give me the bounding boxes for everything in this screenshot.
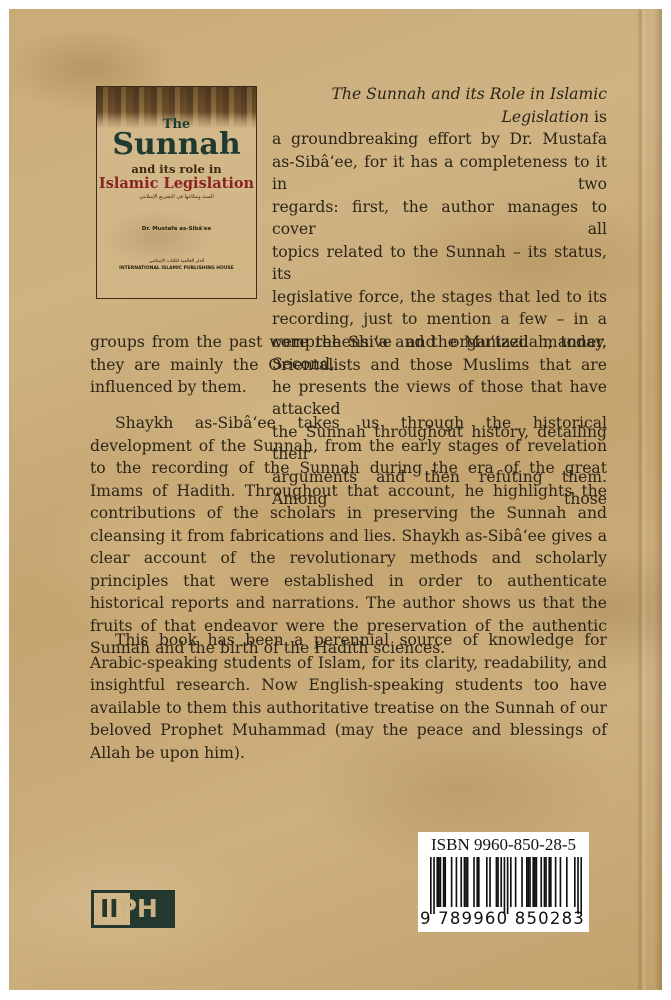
isbn-barcode-label: ISBN 9960-850-28-5 9 789960 850283 [418, 832, 589, 932]
iiph-logo: IIPH [91, 890, 175, 928]
cover-edge [654, 9, 662, 990]
cover-author: Dr. Mustafa as-Sibâ'ee [97, 226, 256, 232]
description-paragraph-1-continuation: groups from the past were the Shi‘a and … [90, 331, 607, 399]
text-line: topics related to the Sunnah – its statu… [272, 241, 607, 286]
cover-subtitle: and its role in [97, 162, 256, 176]
isbn-number: ISBN 9960-850-28-5 [418, 835, 589, 855]
cover-publisher-arabic: الدار العالمية للكتاب الإسلامي [97, 259, 256, 264]
logo-letters-left: II [100, 894, 119, 923]
barcode-bars [430, 857, 582, 914]
cover-arabic-title: السنة ومكانتها في التشريع الإسلامي [97, 194, 256, 200]
cover-publisher: INTERNATIONAL ISLAMIC PUBLISHING HOUSE [97, 266, 256, 271]
cover-title-islamic-legislation: Islamic Legislation [97, 175, 256, 192]
text-line: regards: first, the author manages to co… [272, 196, 607, 241]
ean-digits: 9 789960 850283 [420, 909, 585, 928]
book-back-cover: The Sunnah and its role in Islamic Legis… [9, 9, 662, 990]
front-cover-thumbnail: The Sunnah and its role in Islamic Legis… [96, 86, 257, 299]
book-title-italic: The Sunnah and its Role in Islamic Legis… [332, 85, 607, 126]
text-line: legislative force, the stages that led t… [272, 286, 607, 309]
text-line: recording, just to mention a few – in a [272, 308, 607, 331]
description-paragraph-3: This book has been a perennial source of… [90, 629, 607, 764]
text-line: is [589, 108, 607, 126]
logo-letters-right: PH [119, 894, 158, 923]
text-line: a groundbreaking effort by Dr. Mustafa [272, 128, 607, 151]
spine-fold [637, 9, 647, 990]
text-line: as-Sibâ‘ee, for it has a completeness to… [272, 151, 607, 196]
logo-letters: IIPH [100, 895, 158, 923]
cover-title-sunnah: Sunnah [97, 129, 256, 161]
description-paragraph-2: Shaykh as-Sibâ‘ee takes us through the h… [90, 412, 607, 660]
